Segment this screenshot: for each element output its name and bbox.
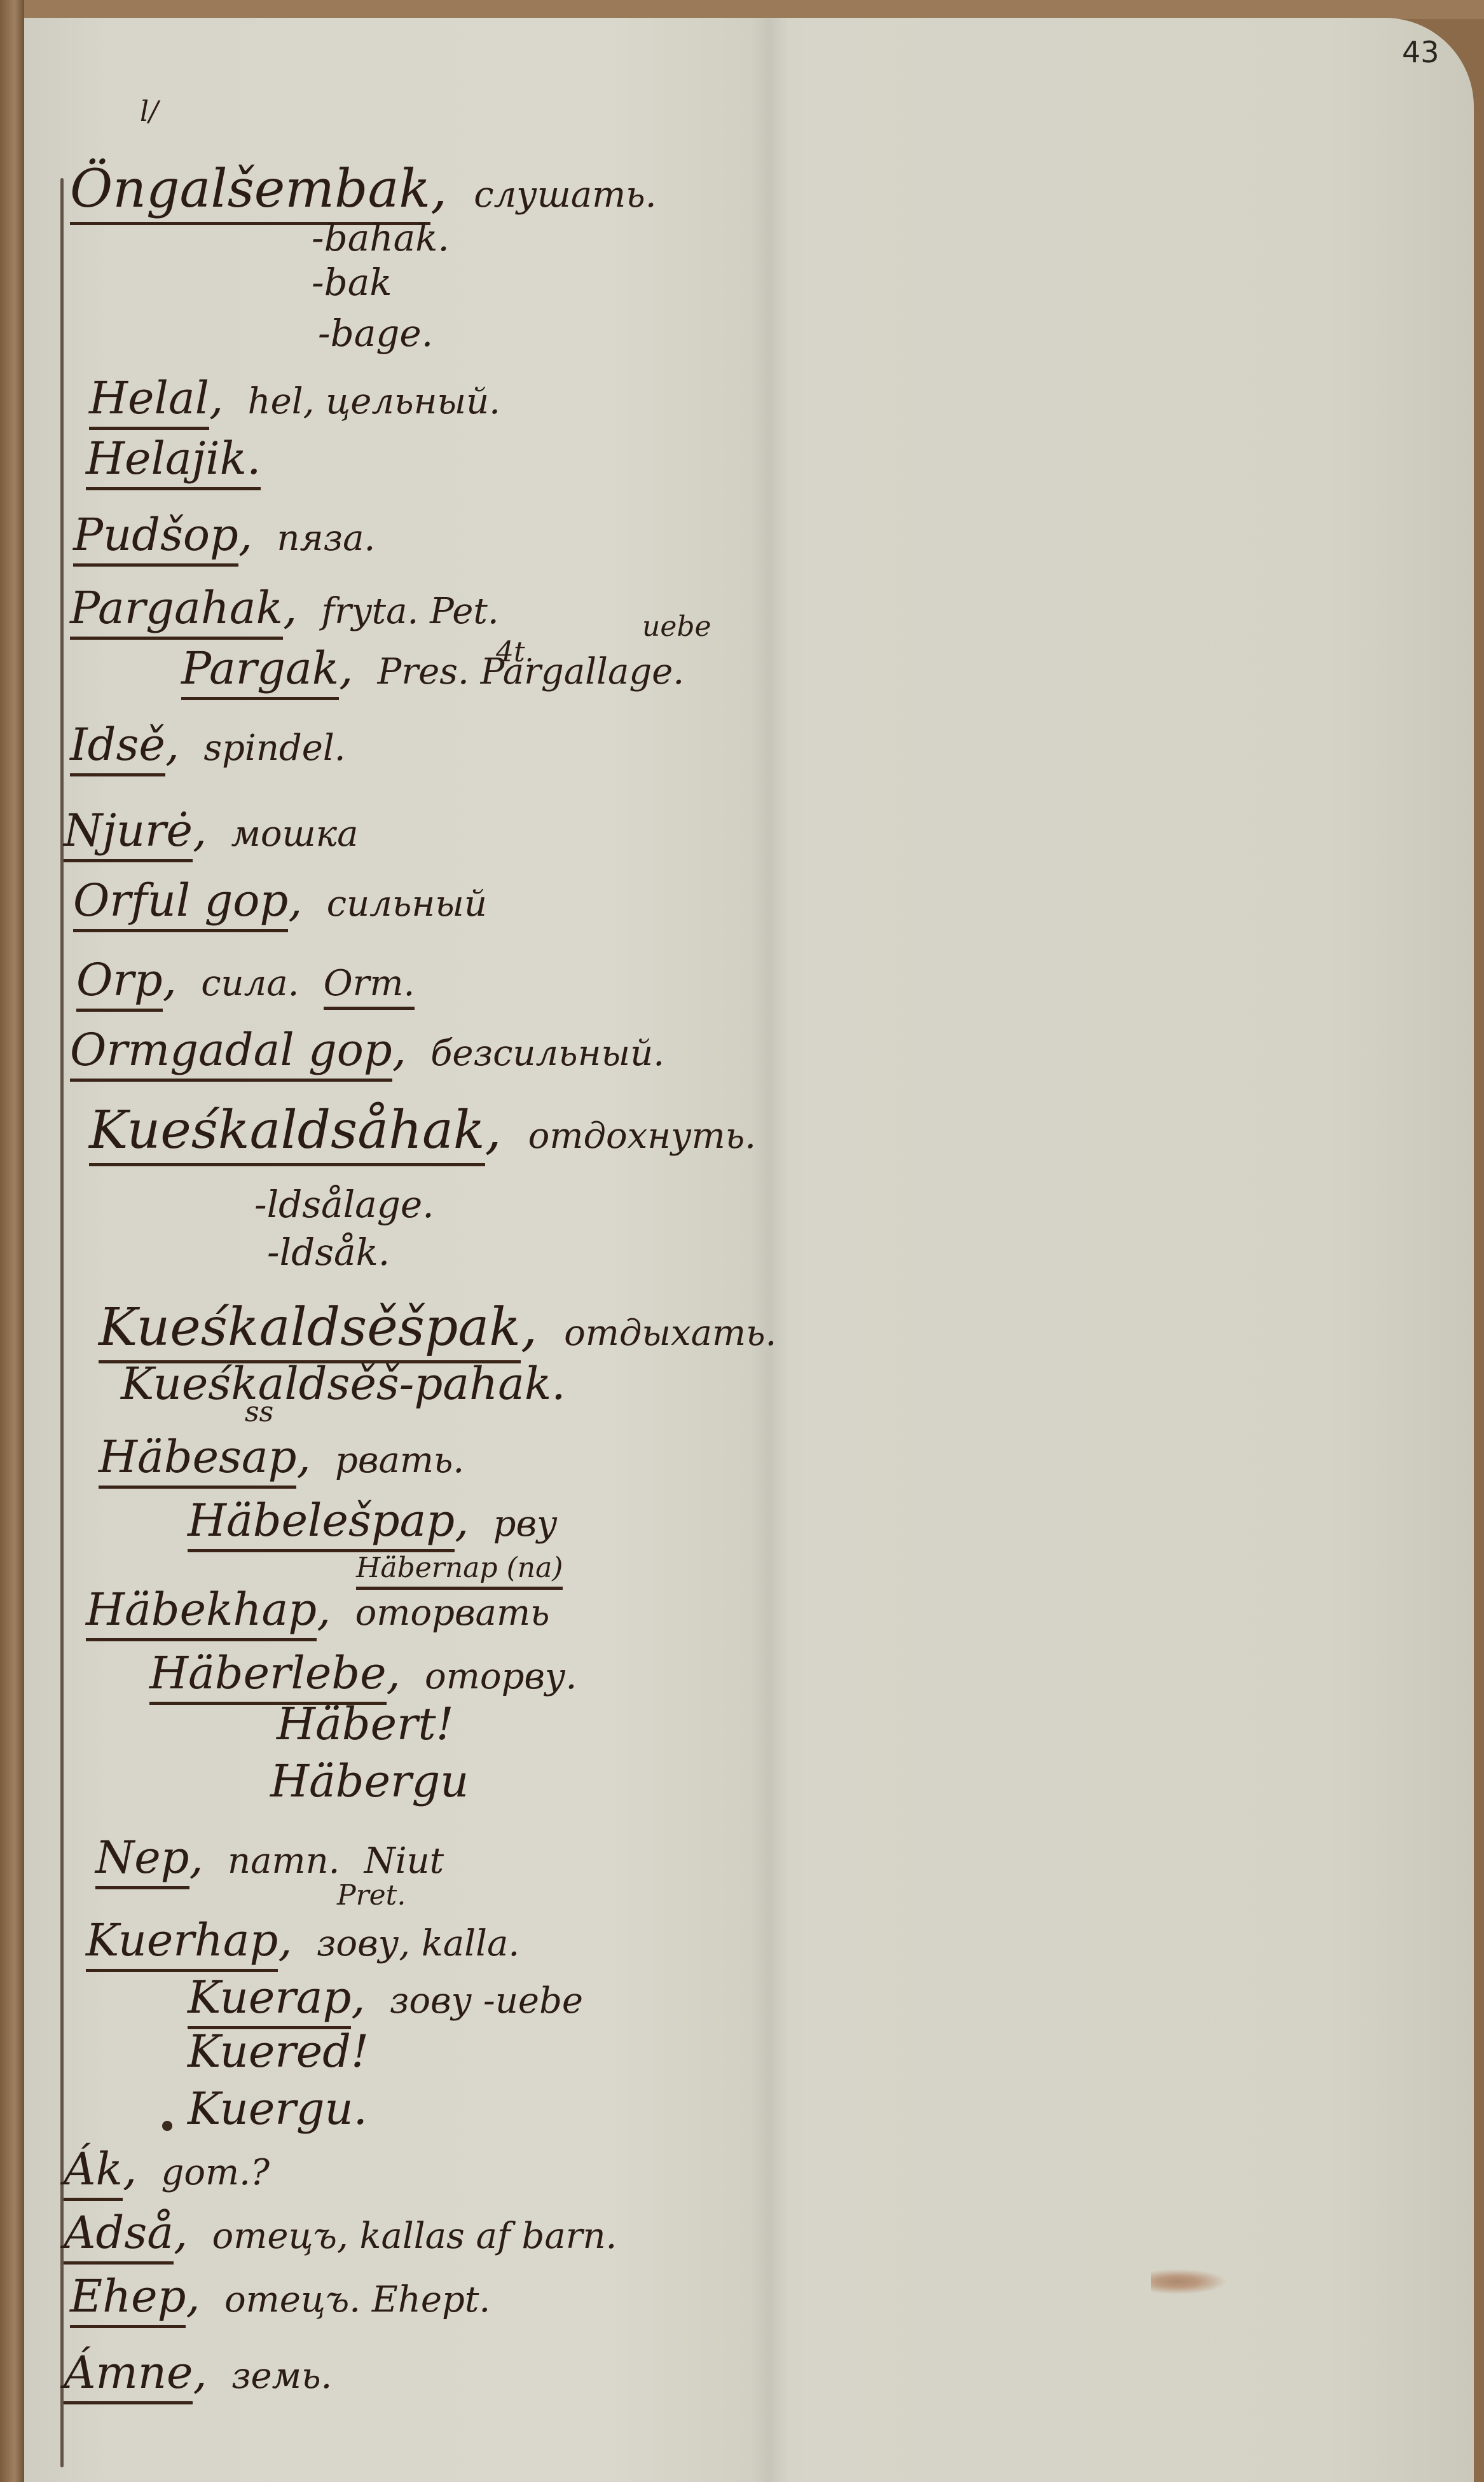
gloss: spindel. <box>203 727 345 769</box>
headword: Njurė <box>64 804 193 862</box>
headword: Häbekhap <box>86 1583 317 1641</box>
extra: Orm. <box>324 963 415 1010</box>
gloss: мошка <box>231 813 358 855</box>
entry-haberlebe: Häberlebe, оторву. <box>149 1647 577 1699</box>
entry-kuerap: Kuerap, зову -uebe <box>188 1971 583 2024</box>
gloss: отдыхать. <box>564 1313 776 1354</box>
headword: Helal <box>89 372 209 430</box>
gloss: Pres. Pargallage. <box>378 651 684 693</box>
entry-helal: Helal, hel, цельный. <box>89 372 500 424</box>
gloss: зову, kalla. <box>317 1923 519 1964</box>
gloss: оторву. <box>425 1656 577 1697</box>
gloss: рвать. <box>335 1440 464 1481</box>
headword: Idsě <box>70 719 165 776</box>
entry-orful-gop: Orful gop, сильный <box>73 874 487 927</box>
entry-kueskaldsahak: Kueśkaldsåhak, отдохнуть. <box>89 1100 756 1161</box>
gloss: отецъ. Ehept. <box>224 2279 490 2320</box>
entry-helajik: Helajik. <box>86 432 261 485</box>
gloss: отецъ, kallas af barn. <box>212 2216 617 2257</box>
page-fold <box>750 18 788 2482</box>
headword: Kueśkaldsěšpak <box>99 1297 521 1363</box>
gloss: слушать. <box>474 174 656 216</box>
gloss: hel, цельный. <box>248 381 500 422</box>
gloss: gom.? <box>161 2152 270 2193</box>
entry-kuergu: Kuergu. <box>188 2083 368 2135</box>
page-number: 43 <box>1402 35 1439 69</box>
entry-note: uebe <box>642 610 711 643</box>
entry-ehep: Ehep, отецъ. Ehept. <box>70 2270 490 2322</box>
entry-orp: Orp, сила. Orm. <box>76 954 415 1006</box>
entry-idse: Idsě, spindel. <box>70 719 346 771</box>
entry-kuerhap: Kuerhap, зову, kalla. <box>86 1914 519 1966</box>
headword: Ormgadal gop <box>70 1024 392 1082</box>
entry-habergu: Häbergu <box>270 1755 469 1807</box>
headword: Kuerhap <box>86 1914 278 1972</box>
entry-habesap: Häbesap, рвать. <box>99 1431 464 1483</box>
entry-form: -bahak. <box>312 216 450 259</box>
headword: Orful gop <box>73 874 288 932</box>
entry-note: ss <box>245 1396 273 1428</box>
headword: Häbelešpap <box>188 1494 455 1552</box>
headword: Häberlebe <box>149 1647 387 1705</box>
headword: Nep <box>95 1831 189 1889</box>
entry-form: -bak <box>312 261 392 304</box>
gloss: сильный <box>327 883 487 925</box>
headword: Häbesap <box>99 1431 296 1489</box>
headword: Ámne <box>64 2347 193 2404</box>
gloss: оторвать <box>355 1592 550 1634</box>
entry-form: -ldsålage. <box>254 1183 434 1226</box>
entry-kuered: Kuered! <box>188 2025 369 2078</box>
gloss: fryta. Pet. <box>321 591 498 632</box>
entry-njure: Njurė, мошка <box>64 804 358 857</box>
entry-nep: Nep, namn. Niut <box>95 1831 444 1884</box>
entry-pargahak: Pargahak, fryta. Pet. <box>70 582 499 634</box>
gloss: отдохнуть. <box>528 1115 756 1157</box>
book-spine-edge <box>0 0 24 2482</box>
headword: Helajik. <box>86 432 261 490</box>
entry-note: l/ <box>140 95 158 128</box>
headword: Ák <box>64 2143 123 2201</box>
gloss: земь. <box>231 2355 332 2397</box>
ink-dot <box>162 2121 172 2131</box>
headword: Pargak <box>181 642 339 700</box>
gloss: пяза. <box>277 518 375 559</box>
headword: Ehep <box>70 2270 186 2328</box>
entry-adsa: Adså, отецъ, kallas af barn. <box>64 2207 617 2259</box>
headword: Orp <box>76 954 163 1012</box>
entry-ongalsembak: Öngalšembak, слушать. <box>70 159 657 219</box>
extra: Niut <box>364 1840 444 1882</box>
entry-amne: Ámne, земь. <box>64 2347 332 2399</box>
entry-habelespap: Häbelešpap, рву <box>188 1494 558 1547</box>
margin-line <box>60 178 64 2467</box>
gloss: сила. <box>201 963 299 1004</box>
entry-habert: Häbert! <box>277 1698 454 1750</box>
entry-ormgadal-gop: Ormgadal gop, безсильный. <box>70 1024 664 1076</box>
entry-kueskaldsespak: Kueśkaldsěšpak, отдыхать. <box>99 1297 776 1358</box>
entry-note: Pret. <box>337 1879 406 1912</box>
headword: Pudšop <box>73 509 238 567</box>
gloss: namn. <box>228 1840 340 1882</box>
entry-pudsop: Pudšop, пяза. <box>73 509 375 561</box>
headword: Öngalšembak <box>70 159 430 225</box>
entry-habekhap: Häbekhap, оторвать <box>86 1583 550 1636</box>
headword: Pargahak <box>70 582 283 640</box>
gloss: рву <box>493 1503 558 1545</box>
ink-stain <box>1151 2269 1227 2294</box>
entry-form: -ldsåk. <box>267 1231 390 1274</box>
gloss: зову -uebe <box>390 1980 583 2022</box>
headword: Adså <box>64 2207 174 2265</box>
page-top-edge <box>24 0 1484 19</box>
headword: Kueśkaldsåhak <box>89 1100 485 1166</box>
entry-form: -bage. <box>318 312 433 355</box>
entry-pargak: Pargak, Pres. Pargallage. <box>181 642 684 694</box>
gloss: безсильный. <box>430 1033 664 1074</box>
headword: Kuerap <box>188 1971 351 2029</box>
entry-ak: Ák, gom.? <box>64 2143 270 2195</box>
entry-kueskaldses-pahak: Kueśkaldsěš-pahak. <box>121 1358 566 1410</box>
